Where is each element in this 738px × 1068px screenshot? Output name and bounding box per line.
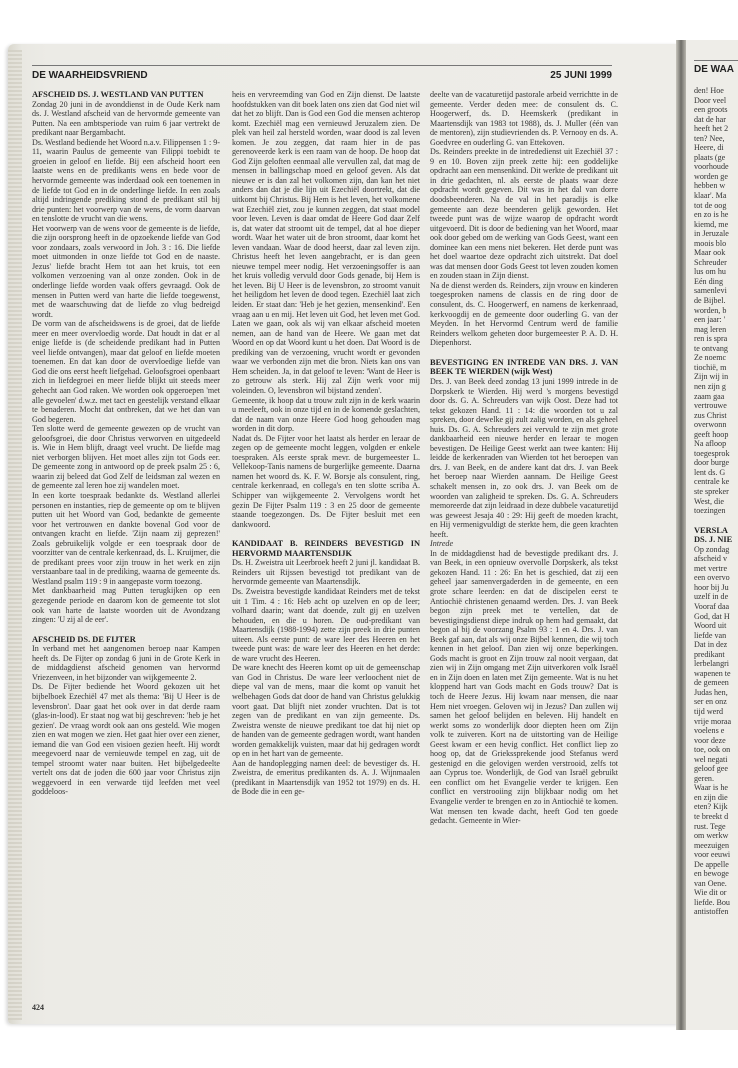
paragraph: Ds. Zweistra bevestigde kandidaat Reinde…: [232, 587, 420, 663]
text-line: voor eeuwi: [694, 850, 738, 860]
text-line: klaar'. Ma: [694, 191, 738, 201]
paragraph: Met dankbaarheid mag Putten terugkijken …: [32, 586, 220, 624]
paragraph: In verband met het aangenomen beroep naa…: [32, 644, 220, 682]
text-line: Door veel: [694, 96, 738, 106]
text-line: Dat in dez: [694, 640, 738, 650]
text-line: te breekt d: [694, 812, 738, 822]
right-page-heading-line: VERSLA: [694, 526, 738, 536]
paragraph: In de middagdienst had de bevestigde pre…: [430, 549, 618, 826]
text-line: plaats (ge: [694, 153, 738, 163]
right-page-lines-bottom: Op zondagafscheid vmet vertreeen overvoh…: [694, 545, 738, 917]
text-line: ser en onz: [694, 697, 738, 707]
right-page-text: den! HoeDoor veeleen grootsdat de harhee…: [694, 86, 738, 917]
text-line: en zijn die: [694, 793, 738, 803]
running-header: DE WAARHEIDSVRIEND 25 JUNI 1999: [32, 65, 612, 85]
text-line: Op zondag: [694, 545, 738, 555]
text-line: vrije moraa: [694, 717, 738, 727]
text-line: door burge: [694, 458, 738, 468]
paragraph: Ds. Reinders preekte in de intrededienst…: [430, 147, 618, 281]
text-line: De appelle: [694, 860, 738, 870]
text-line: om werkw: [694, 831, 738, 841]
text-line: Woord uit: [694, 621, 738, 631]
text-line: geloof gee: [694, 764, 738, 774]
text-line: voor deze: [694, 736, 738, 746]
text-line: Wie dit or: [694, 888, 738, 898]
right-page-fragment: DE WAA den! HoeDoor veeleen grootsdat de…: [686, 40, 738, 1030]
paragraph: Ten slotte werd de gemeente gewezen op d…: [32, 424, 220, 491]
text-line: toegesprok: [694, 449, 738, 459]
subheading-intrede: Intrede: [430, 539, 453, 548]
text-line: dat de har: [694, 115, 738, 125]
text-line: tot de oog: [694, 201, 738, 211]
paragraph: Aan de handoplegging namen deel: de beve…: [232, 759, 420, 797]
text-line: God, dat H: [694, 612, 738, 622]
text-line: moois blo: [694, 239, 738, 249]
right-page-heading-line: DS. J. NIE: [694, 535, 738, 545]
text-line: Ze noemc: [694, 353, 738, 363]
text-line: lent ds. G: [694, 468, 738, 478]
text-line: zus Christ: [694, 411, 738, 421]
publication-title: DE WAARHEIDSVRIEND: [32, 70, 148, 81]
text-line: ste spreker: [694, 487, 738, 497]
text-line: met vertre: [694, 564, 738, 574]
text-line: Na afloop: [694, 439, 738, 449]
page-number: 424: [32, 1003, 44, 1012]
text-line: toe, ook on: [694, 745, 738, 755]
text-line: te ontvang: [694, 344, 738, 354]
text-line: antistoffen: [694, 907, 738, 917]
text-line: samenlevi: [694, 286, 738, 296]
text-line: voelens e: [694, 726, 738, 736]
text-line: liefde. Bou: [694, 898, 738, 908]
column-1: AFSCHEID DS. J. WESTLAND VAN PUTTEN Zond…: [32, 90, 220, 797]
right-page-lines-top: den! HoeDoor veeleen grootsdat de harhee…: [694, 86, 738, 516]
page-stack-edge: [8, 50, 22, 1020]
text-line: ren is spra: [694, 334, 738, 344]
text-line: hoor bij Ju: [694, 583, 738, 593]
text-line: wapenen te: [694, 669, 738, 679]
text-line: worden, b: [694, 306, 738, 316]
text-line: liefde van: [694, 631, 738, 641]
issue-date: 25 JUNI 1999: [550, 70, 612, 81]
text-line: nen zijn g: [694, 382, 738, 392]
text-line: Maar ook: [694, 248, 738, 258]
text-line: een groots: [694, 105, 738, 115]
text-line: toezingen: [694, 506, 738, 516]
text-line: en bewoge: [694, 869, 738, 879]
text-line: Zijn wij in: [694, 372, 738, 382]
paragraph: Ds. De Fijter bediende het Woord gekozen…: [32, 682, 220, 797]
text-line: tijd werd: [694, 707, 738, 717]
text-line: overwonn: [694, 420, 738, 430]
text-line: wel negati: [694, 755, 738, 765]
text-line: van Oene.: [694, 879, 738, 889]
text-line: de Bijbel.: [694, 296, 738, 306]
text-line: heeft het 2: [694, 124, 738, 134]
text-line: geren.: [694, 774, 738, 784]
text-line: predikant: [694, 650, 738, 660]
text-line: rust. Tege: [694, 822, 738, 832]
paragraph: deelte van de vacaturetijd pastorale arb…: [430, 90, 618, 147]
text-line: vertrouwe: [694, 401, 738, 411]
text-line: in Jeruzale: [694, 229, 738, 239]
text-line: worden ge: [694, 172, 738, 182]
column-2: heis en vervreemding van God en Zijn die…: [232, 90, 420, 797]
paragraph: Drs. J. van Beek deed zondag 13 juni 199…: [430, 377, 618, 539]
paragraph: De vorm van de afscheidswens is de groei…: [32, 319, 220, 424]
text-line: afscheid v: [694, 554, 738, 564]
text-line: meezuigen: [694, 841, 738, 851]
paragraph: Nadat ds. De Fijter voor het laatst als …: [232, 434, 420, 529]
text-line: een overvo: [694, 573, 738, 583]
text-line: Eén ding: [694, 277, 738, 287]
article-heading: KANDIDAAT B. REINDERS BEVESTIGD IN HERVO…: [232, 539, 420, 558]
paragraph: Zondag 20 juni in de avonddienst in de O…: [32, 100, 220, 138]
text-line: Heere, di: [694, 143, 738, 153]
text-line: eten? Kijk: [694, 802, 738, 812]
paragraph: De ware knecht des Heeren komt op uit de…: [232, 663, 420, 758]
column-3: deelte van de vacaturetijd pastorale arb…: [430, 90, 618, 826]
text-line: een jaar: ': [694, 315, 738, 325]
text-line: mag leren: [694, 325, 738, 335]
paragraph: heis en vervreemding van God en Zijn die…: [232, 90, 420, 396]
text-line: lus om hu: [694, 267, 738, 277]
paragraph: Ds. Westland bediende het Woord n.a.v. F…: [32, 138, 220, 224]
text-line: West, die: [694, 497, 738, 507]
text-line: den! Hoe: [694, 86, 738, 96]
text-line: zaam gaa: [694, 392, 738, 402]
text-line: en zo is he: [694, 210, 738, 220]
paragraph: In een korte toespraak bedankte ds. West…: [32, 491, 220, 586]
text-line: Waar is he: [694, 783, 738, 793]
text-line: geeft hoop: [694, 430, 738, 440]
paragraph: Het voorwerp van de wens voor de gemeent…: [32, 224, 220, 319]
book-gutter: [676, 40, 686, 1030]
subheading: Intrede: [430, 539, 618, 549]
text-line: Schreuder: [694, 258, 738, 268]
text-line: kiemd, me: [694, 220, 738, 230]
text-line: voorhoude: [694, 162, 738, 172]
paragraph: Na de dienst werden ds. Reinders, zijn v…: [430, 281, 618, 348]
right-page-header: DE WAA: [694, 60, 738, 75]
text-line: centrale ke: [694, 477, 738, 487]
paragraph: Gemeente, ik hoop dat u trouw zult zijn …: [232, 396, 420, 434]
text-line: uzelf in de: [694, 592, 738, 602]
article-heading: AFSCHEID DS. DE FIJTER: [32, 635, 220, 645]
article-heading: BEVESTIGING EN INTREDE VAN DRS. J. VAN B…: [430, 358, 618, 377]
text-line: Judas hen,: [694, 688, 738, 698]
text-line: lerbelangri: [694, 659, 738, 669]
text-line: hebben w: [694, 181, 738, 191]
paragraph: Ds. H. Zweistra uit Leerbroek heeft 2 ju…: [232, 558, 420, 587]
text-line: tiochië, m: [694, 363, 738, 373]
article-heading: AFSCHEID DS. J. WESTLAND VAN PUTTEN: [32, 90, 220, 100]
text-line: ten? Nee,: [694, 134, 738, 144]
text-line: Vooraf daa: [694, 602, 738, 612]
text-line: de gemeen: [694, 678, 738, 688]
